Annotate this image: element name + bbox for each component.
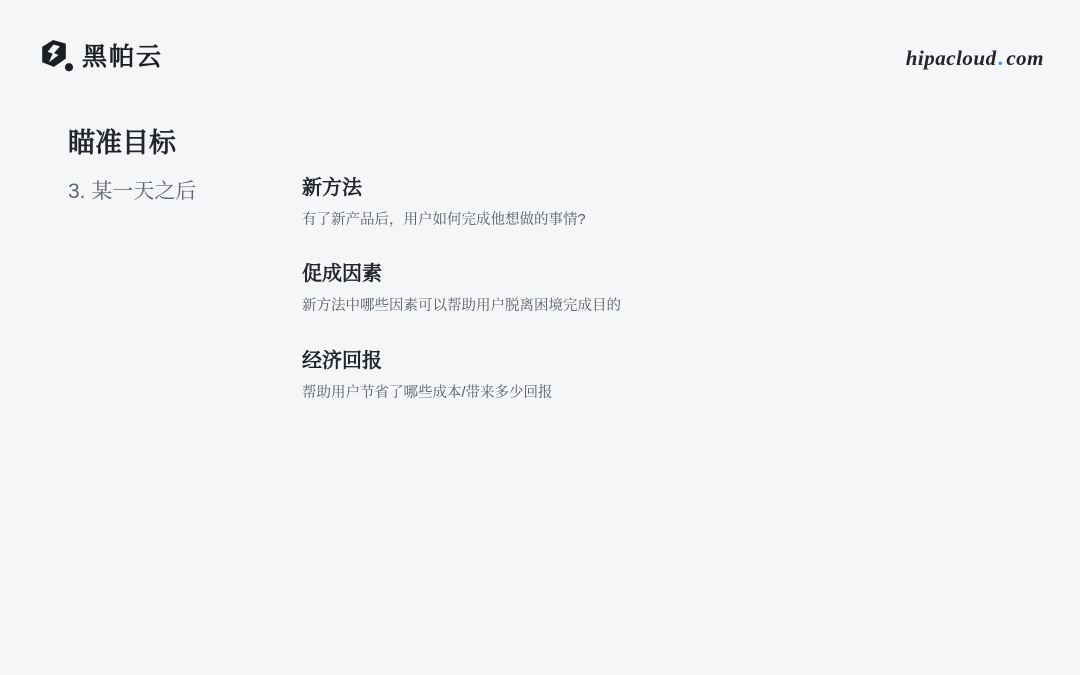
slide: 黑帕云 hipacloud.com 瞄准目标 3. 某一天之后 新方法 有了新产…	[0, 0, 1080, 675]
header: 黑帕云 hipacloud.com	[34, 36, 1044, 78]
site-name: hipacloud	[906, 46, 997, 70]
left-column: 瞄准目标 3. 某一天之后	[68, 128, 288, 204]
logo: 黑帕云	[34, 36, 163, 74]
section-description: 帮助用户节省了哪些成本/带来多少回报	[302, 383, 782, 403]
section-title: 经济回报	[302, 349, 782, 373]
site-tld: com	[1006, 46, 1044, 70]
hipacloud-cube-logo-icon	[34, 36, 74, 74]
section-economic-return: 经济回报 帮助用户节省了哪些成本/带来多少回报	[302, 349, 782, 403]
sections: 新方法 有了新产品后，用户如何完成他想做的事情? 促成因素 新方法中哪些因素可以…	[302, 176, 782, 435]
logo-text: 黑帕云	[82, 37, 163, 73]
section-enabling-factors: 促成因素 新方法中哪些因素可以帮助用户脱离困境完成目的	[302, 262, 782, 316]
site-url: hipacloud.com	[906, 46, 1044, 71]
page-title: 瞄准目标	[68, 128, 288, 159]
site-url-dot: .	[998, 46, 1004, 70]
section-description: 新方法中哪些因素可以帮助用户脱离困境完成目的	[302, 296, 782, 316]
section-description: 有了新产品后，用户如何完成他想做的事情?	[302, 210, 782, 230]
section-title: 新方法	[302, 176, 782, 200]
section-new-method: 新方法 有了新产品后，用户如何完成他想做的事情?	[302, 176, 782, 230]
section-title: 促成因素	[302, 262, 782, 286]
step-label: 3. 某一天之后	[68, 179, 288, 204]
